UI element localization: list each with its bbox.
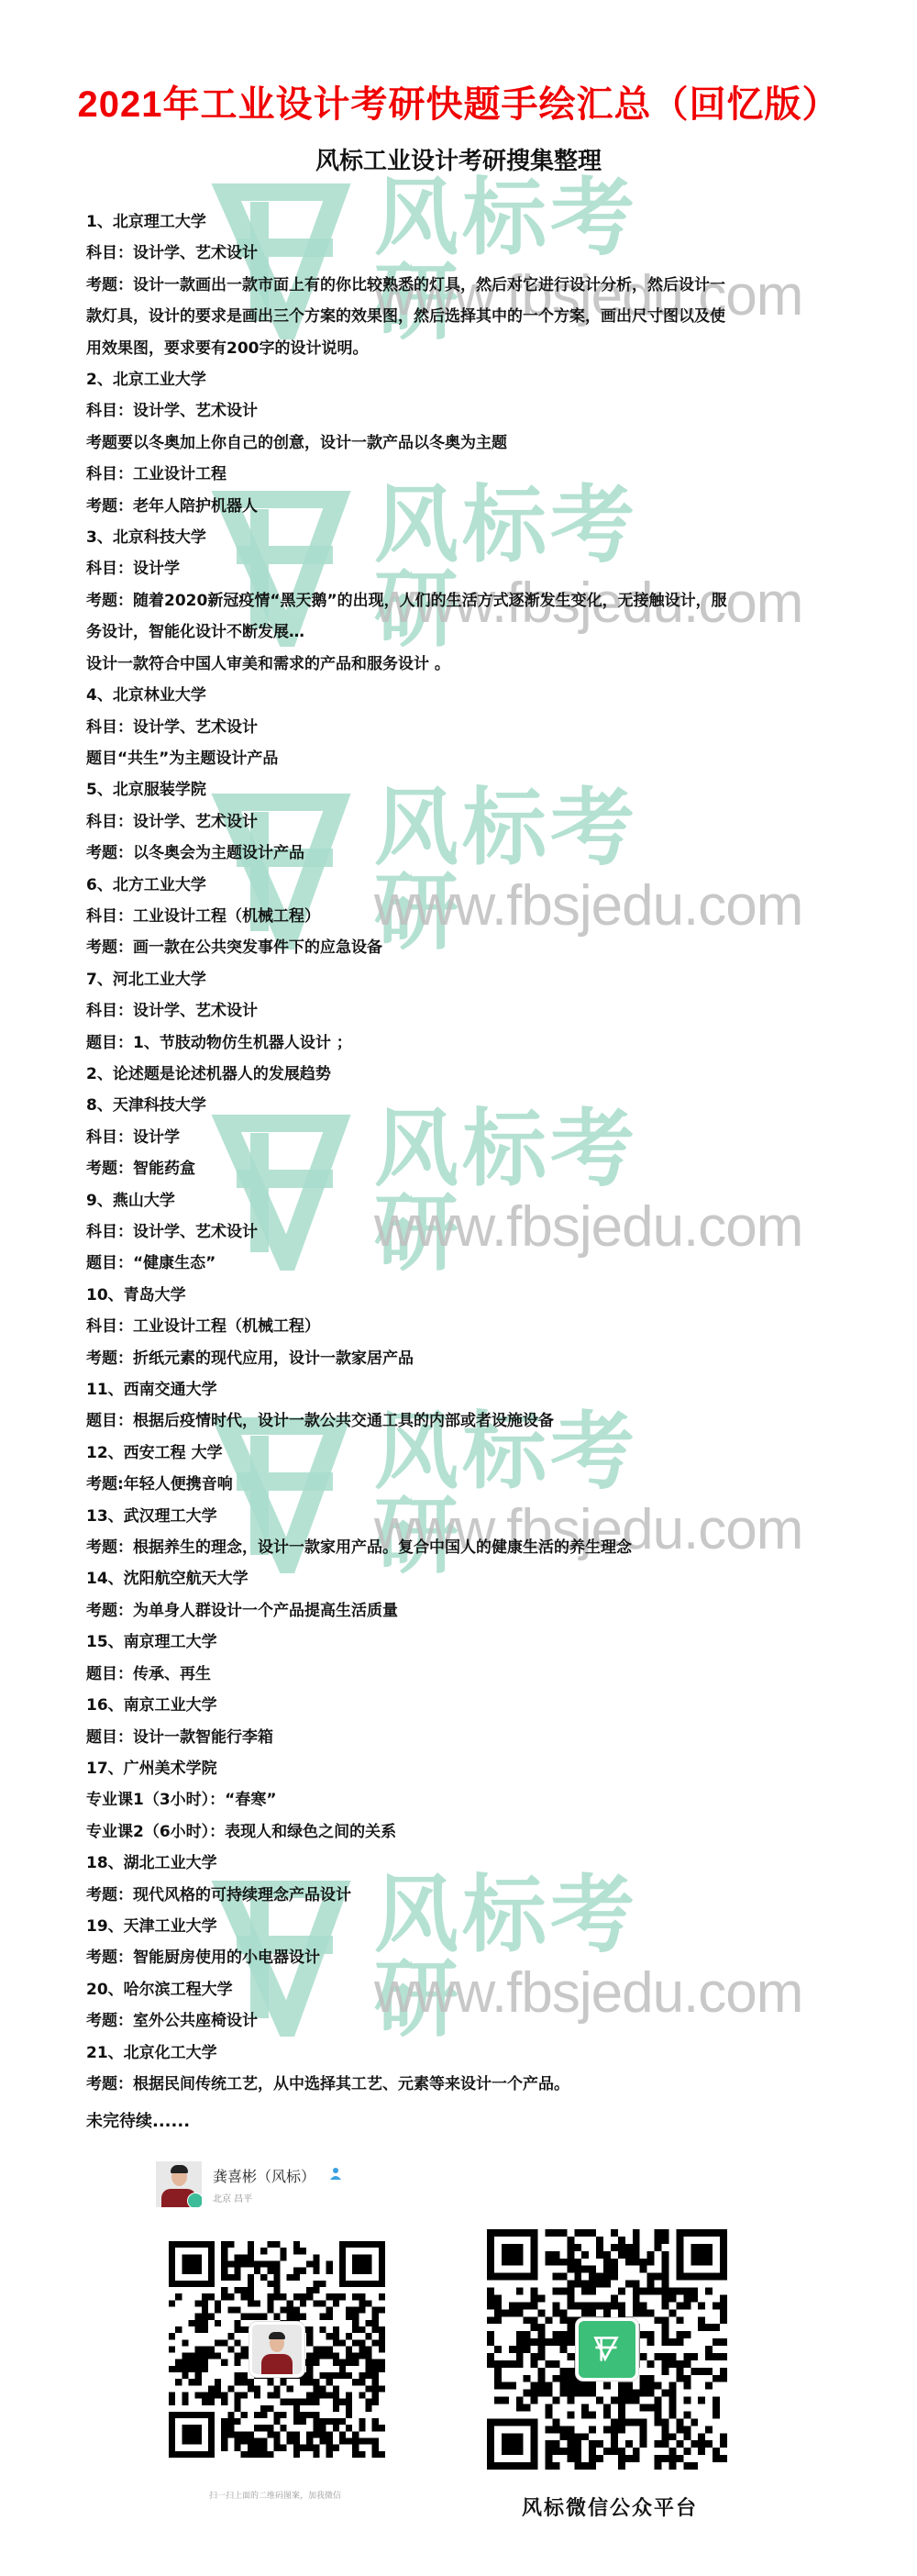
brand-logo-icon xyxy=(576,2318,638,2381)
entry-line: 考题：设计一款画出一款市面上有的你比较熟悉的灯具，然后对它进行设计分析，然后设计… xyxy=(86,270,893,301)
school-heading: 13、武汉理工大学 xyxy=(86,1501,893,1532)
entry-line: 题目：设计一款智能行李箱 xyxy=(86,1722,893,1753)
entry-line: 题目：“健康生态” xyxy=(86,1248,893,1279)
school-heading: 7、河北工业大学 xyxy=(86,964,893,995)
qr-right-caption: 风标微信公众平台 xyxy=(458,2493,761,2521)
school-heading: 15、南京理工大学 xyxy=(86,1627,893,1658)
entry-line: 科目：工业设计工程（机械工程） xyxy=(86,901,893,932)
entry-line: 科目：设计学、艺术设计 xyxy=(86,238,893,269)
entry-line: 务设计，智能化设计不断发展… xyxy=(86,616,893,648)
school-heading: 10、青岛大学 xyxy=(86,1280,893,1311)
entry-line: 考题：现代风格的可持续理念产品设计 xyxy=(86,1880,893,1911)
school-heading: 19、天津工业大学 xyxy=(86,1911,893,1942)
entry-line: 科目：工业设计工程 xyxy=(86,459,893,490)
entry-line: 专业课2（6小时）：表现人和绿色之间的关系 xyxy=(86,1816,893,1848)
school-heading: 1、北京理工大学 xyxy=(86,206,893,238)
entry-line: 题目：传承、再生 xyxy=(86,1659,893,1690)
qr-avatar-icon xyxy=(249,2322,304,2377)
school-heading: 17、广州美术学院 xyxy=(86,1753,893,1784)
entry-line: 题目“共生”为主题设计产品 xyxy=(86,743,893,774)
qr-left-caption: 扫一扫上面的二维码图案，加我微信 xyxy=(138,2489,413,2501)
personal-wechat-qr-code[interactable] xyxy=(169,2241,385,2458)
to-be-continued-text: 未完待续...... xyxy=(86,2108,190,2132)
school-heading: 8、天津科技大学 xyxy=(86,1090,893,1121)
person-icon xyxy=(330,2167,341,2180)
brand-badge-icon xyxy=(187,2193,202,2207)
profile-name: 龚喜彬（风标） xyxy=(213,2165,315,2186)
profile-location: 北京 昌平 xyxy=(213,2191,252,2204)
official-account-qr-code[interactable] xyxy=(487,2229,727,2470)
entry-line: 专业课1（3小时）：“春寒” xyxy=(86,1784,893,1815)
page-title: 2021年工业设计考研快题手绘汇总（回忆版） xyxy=(0,75,917,128)
entry-line: 科目：设计学、艺术设计 xyxy=(86,806,893,838)
entry-line: 科目：工业设计工程（机械工程） xyxy=(86,1311,893,1342)
school-heading: 14、沈阳航空航天大学 xyxy=(86,1563,893,1594)
entry-line: 考题:年轻人便携音响 xyxy=(86,1469,893,1500)
entry-line: 2、论述题是论述机器人的发展趋势 xyxy=(86,1059,893,1090)
entry-line: 考题：老年人陪护机器人 xyxy=(86,491,893,522)
entry-line: 款灯具，设计的要求是画出三个方案的效果图，然后选择其中的一个方案，画出尺寸图以及… xyxy=(86,301,893,332)
school-heading: 6、北方工业大学 xyxy=(86,870,893,901)
school-heading: 12、西安工程 大学 xyxy=(86,1438,893,1469)
school-heading: 9、燕山大学 xyxy=(86,1185,893,1216)
wechat-profile-card: 龚喜彬（风标） 北京 昌平 xyxy=(156,2161,523,2226)
entry-line: 用效果图，要求要有200字的设计说明。 xyxy=(86,333,893,364)
school-heading: 4、北京林业大学 xyxy=(86,680,893,711)
school-heading: 21、北京化工大学 xyxy=(86,2037,893,2069)
entry-line: 科目：设计学、艺术设计 xyxy=(86,1216,893,1248)
entry-line: 考题：以冬奥会为主题设计产品 xyxy=(86,838,893,869)
school-heading: 5、北京服装学院 xyxy=(86,774,893,805)
entry-line: 考题：根据民间传统工艺，从中选择其工艺、元素等来设计一个产品。 xyxy=(86,2069,893,2100)
entry-line: 考题：随着2020新冠疫情“黑天鹅”的出现，人们的生活方式逐渐发生变化，无接触设… xyxy=(86,585,893,616)
school-heading: 3、北京科技大学 xyxy=(86,522,893,553)
school-heading: 20、哈尔滨工程大学 xyxy=(86,1974,893,2005)
exam-entries-list: 1、北京理工大学科目：设计学、艺术设计考题：设计一款画出一款市面上有的你比较熟悉… xyxy=(86,206,893,2100)
entry-line: 科目：设计学、艺术设计 xyxy=(86,995,893,1027)
entry-line: 考题：智能药盒 xyxy=(86,1153,893,1184)
entry-line: 考题：折纸元素的现代应用，设计一款家居产品 xyxy=(86,1343,893,1374)
school-heading: 11、西南交通大学 xyxy=(86,1374,893,1405)
entry-line: 科目：设计学 xyxy=(86,553,893,584)
page-subtitle: 风标工业设计考研搜集整理 xyxy=(0,142,917,176)
entry-line: 考题要以冬奥加上你自己的创意，设计一款产品以冬奥为主题 xyxy=(86,427,893,459)
entry-line: 考题：根据养生的理念，设计一款家用产品。复合中国人的健康生活的养生理念 xyxy=(86,1532,893,1563)
entry-line: 科目：设计学、艺术设计 xyxy=(86,395,893,427)
entry-line: 题目：1、节肢动物仿生机器人设计 ； xyxy=(86,1027,893,1059)
entry-line: 科目：设计学、艺术设计 xyxy=(86,712,893,743)
entry-line: 题目：根据后疫情时代，设计一款公共交通工具的内部或者设施设备 xyxy=(86,1405,893,1437)
school-heading: 2、北京工业大学 xyxy=(86,364,893,395)
avatar xyxy=(156,2161,202,2207)
entry-line: 考题：为单身人群设计一个产品提高生活质量 xyxy=(86,1595,893,1627)
entry-line: 考题：智能厨房使用的小电器设计 xyxy=(86,1942,893,1973)
school-heading: 18、湖北工业大学 xyxy=(86,1848,893,1879)
entry-line: 科目：设计学 xyxy=(86,1122,893,1153)
school-heading: 16、南京工业大学 xyxy=(86,1690,893,1721)
entry-line: 考题：室外公共座椅设计 xyxy=(86,2005,893,2037)
entry-line: 考题：画一款在公共突发事件下的应急设备 xyxy=(86,932,893,963)
entry-line: 设计一款符合中国人审美和需求的产品和服务设计 。 xyxy=(86,649,893,680)
